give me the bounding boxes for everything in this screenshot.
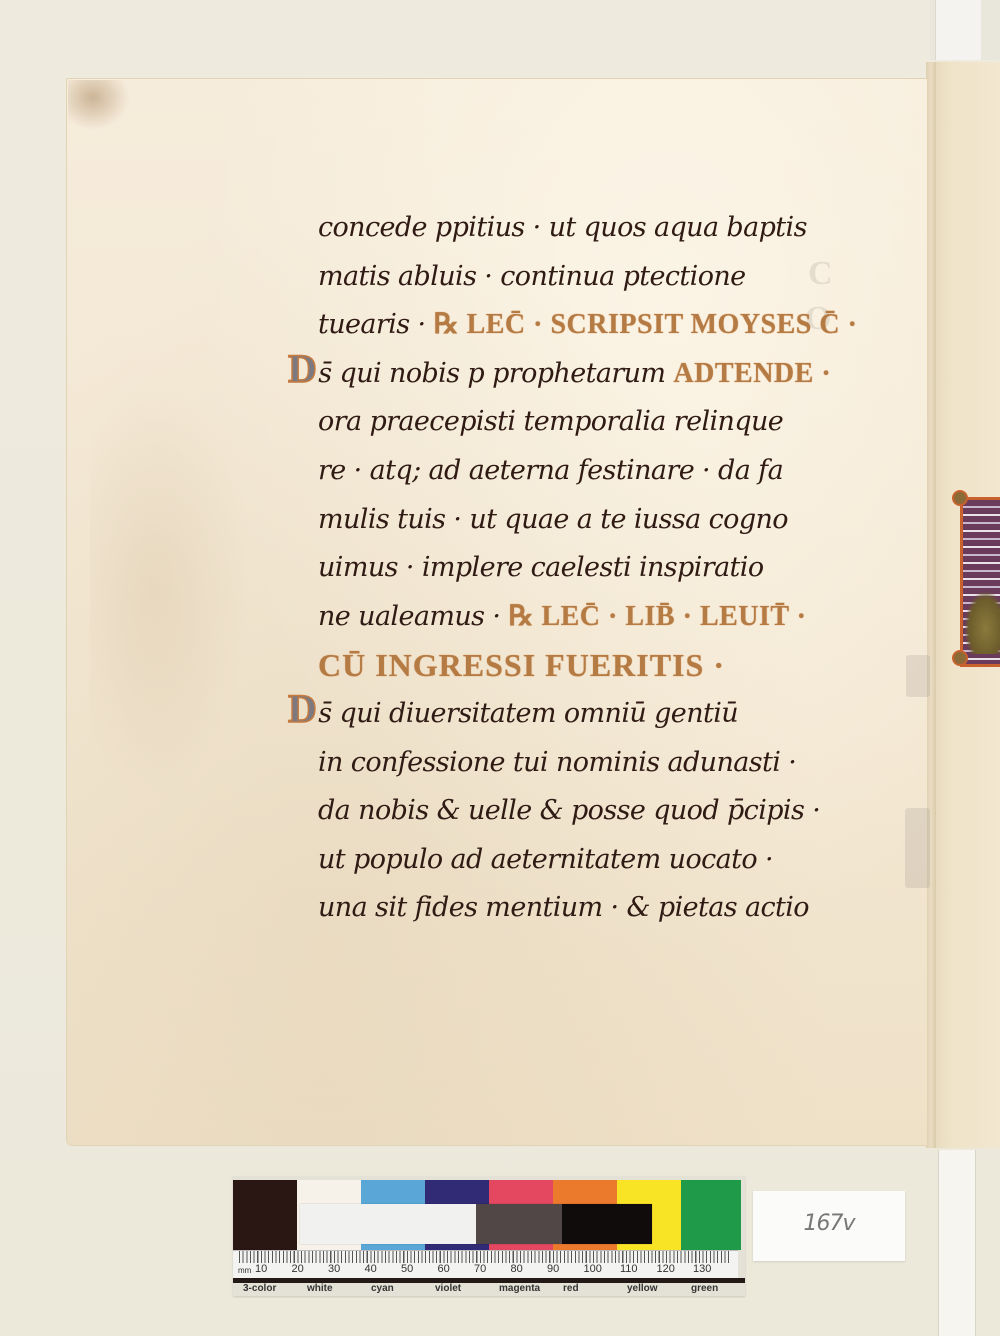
- color-patch-green: [681, 1180, 741, 1250]
- color-patch-labels: 3-colorwhitecyanvioletmagentaredyellowgr…: [233, 1283, 745, 1296]
- grey-patch: [562, 1204, 652, 1244]
- rubric-heading: CŪ INGRESSI FUERITIS ·: [318, 647, 725, 683]
- ruler-label: 60: [438, 1263, 450, 1275]
- manuscript-line: ut populo ad aeternitatem uocato ·: [318, 836, 878, 885]
- ruler-label: 30: [328, 1263, 340, 1275]
- patch-label: white: [307, 1283, 333, 1294]
- ruler-label: 90: [547, 1263, 559, 1275]
- ruler-labels: mm 102030405060708090100110120130: [233, 1261, 738, 1277]
- ruler-label: 40: [365, 1263, 377, 1275]
- facing-page-tab: [935, 0, 981, 60]
- ruler-label: 70: [474, 1263, 486, 1275]
- script-text: una sit fides mentium · & pietas actio: [318, 892, 809, 923]
- ruler-label: 10: [255, 1263, 267, 1275]
- patch-label: 3-color: [243, 1283, 276, 1294]
- script-text: ora praecepisti temporalia relinque: [318, 406, 783, 437]
- decorated-initial: D: [288, 351, 316, 387]
- script-text: tuearis ·: [318, 309, 433, 340]
- script-text: re · atq; ad aeterna festinare · da fa: [318, 455, 783, 486]
- script-text: concede ppitius · ut quos aqua baptis: [318, 212, 807, 243]
- ruler-label: 110: [620, 1263, 638, 1275]
- rubric-text: ℞ LEC̄ · LIB̄ · LEUIT̄ ·: [508, 601, 806, 632]
- script-text: ut populo ad aeternitatem uocato ·: [318, 844, 773, 875]
- patch-label: cyan: [371, 1283, 394, 1294]
- illumination-dot-icon: [952, 650, 968, 666]
- script-text: mulis tuis · ut quae a te iussa cogno: [318, 504, 788, 535]
- foxing-stain: [90, 380, 250, 800]
- patch-label: yellow: [627, 1283, 658, 1294]
- ruler-label: 120: [657, 1263, 675, 1275]
- grey-patch: [476, 1204, 562, 1244]
- script-text: matis abluis · continua ptectione: [318, 261, 746, 292]
- script-text: da nobis & uelle & posse quod p̄cipis ·: [318, 795, 820, 826]
- manuscript-line: in confessione tui nominis adunasti ·: [318, 739, 878, 788]
- greyscale-strip: [300, 1204, 652, 1244]
- ruler-unit: mm: [238, 1266, 251, 1275]
- script-text: s̄ qui nobis p prophetarum: [318, 358, 673, 389]
- mm-ruler: mm 102030405060708090100110120130: [233, 1250, 738, 1279]
- manuscript-line: CŪ INGRESSI FUERITIS ·: [318, 641, 878, 690]
- manuscript-line: mulis tuis · ut quae a te iussa cogno: [318, 496, 878, 545]
- manuscript-line: Ds̄ qui diuersitatem omniū gentiū: [318, 690, 878, 739]
- patch-label: magenta: [499, 1283, 540, 1294]
- ruler-label: 130: [693, 1263, 711, 1275]
- patch-label: violet: [435, 1283, 461, 1294]
- rubric-text: ADTENDE ·: [673, 358, 831, 389]
- script-text: s̄ qui diuersitatem omniū gentiū: [318, 698, 738, 729]
- script-text: in confessione tui nominis adunasti ·: [318, 747, 796, 778]
- ruler-label: 50: [401, 1263, 413, 1275]
- manuscript-line: da nobis & uelle & posse quod p̄cipis ·: [318, 787, 878, 836]
- manuscript-line: uimus · implere caelesti inspiratio: [318, 544, 878, 593]
- folio-number: 167v: [753, 1211, 905, 1236]
- script-text: ne ualeamus ·: [318, 601, 508, 632]
- manuscript-line: Ds̄ qui nobis p prophetarum ADTENDE ·: [318, 350, 878, 399]
- illumination-figure: [964, 590, 1000, 654]
- show-through-initial: [905, 808, 930, 888]
- manuscript-line: ora praecepisti temporalia relinque: [318, 398, 878, 447]
- manuscript-line: matis abluis · continua ptectione: [318, 253, 878, 302]
- manuscript-line: re · atq; ad aeterna festinare · da fa: [318, 447, 878, 496]
- manuscript-line: una sit fides mentium · & pietas actio: [318, 884, 878, 933]
- grey-patch: [300, 1204, 476, 1244]
- script-text: uimus · implere caelesti inspiratio: [318, 552, 764, 583]
- facing-page-mount-strip: [938, 1150, 976, 1336]
- corner-stain: [68, 80, 130, 130]
- illumination-dot-icon: [952, 490, 968, 506]
- color-patch-3-color: [233, 1180, 297, 1250]
- manuscript-text-block: concede ppitius · ut quos aqua baptismat…: [318, 204, 878, 933]
- patch-label: green: [691, 1283, 718, 1294]
- color-calibration-bar: mm 102030405060708090100110120130 3-colo…: [233, 1176, 745, 1296]
- ruler-label: 80: [511, 1263, 523, 1275]
- ruler-label: 20: [292, 1263, 304, 1275]
- show-through-initial: [906, 655, 930, 697]
- decorated-initial: D: [288, 691, 316, 727]
- ruler-label: 100: [584, 1263, 602, 1275]
- manuscript-line: tuearis · ℞ LEC̄ · SCRIPSIT MOYSES C̄ ·: [318, 301, 878, 350]
- patch-label: red: [563, 1283, 579, 1294]
- manuscript-line: ne ualeamus · ℞ LEC̄ · LIB̄ · LEUIT̄ ·: [318, 593, 878, 642]
- rubric-text: ℞ LEC̄ · SCRIPSIT MOYSES C̄ ·: [433, 309, 857, 340]
- manuscript-line: concede ppitius · ut quos aqua baptis: [318, 204, 878, 253]
- folio-number-label: 167v: [753, 1191, 905, 1261]
